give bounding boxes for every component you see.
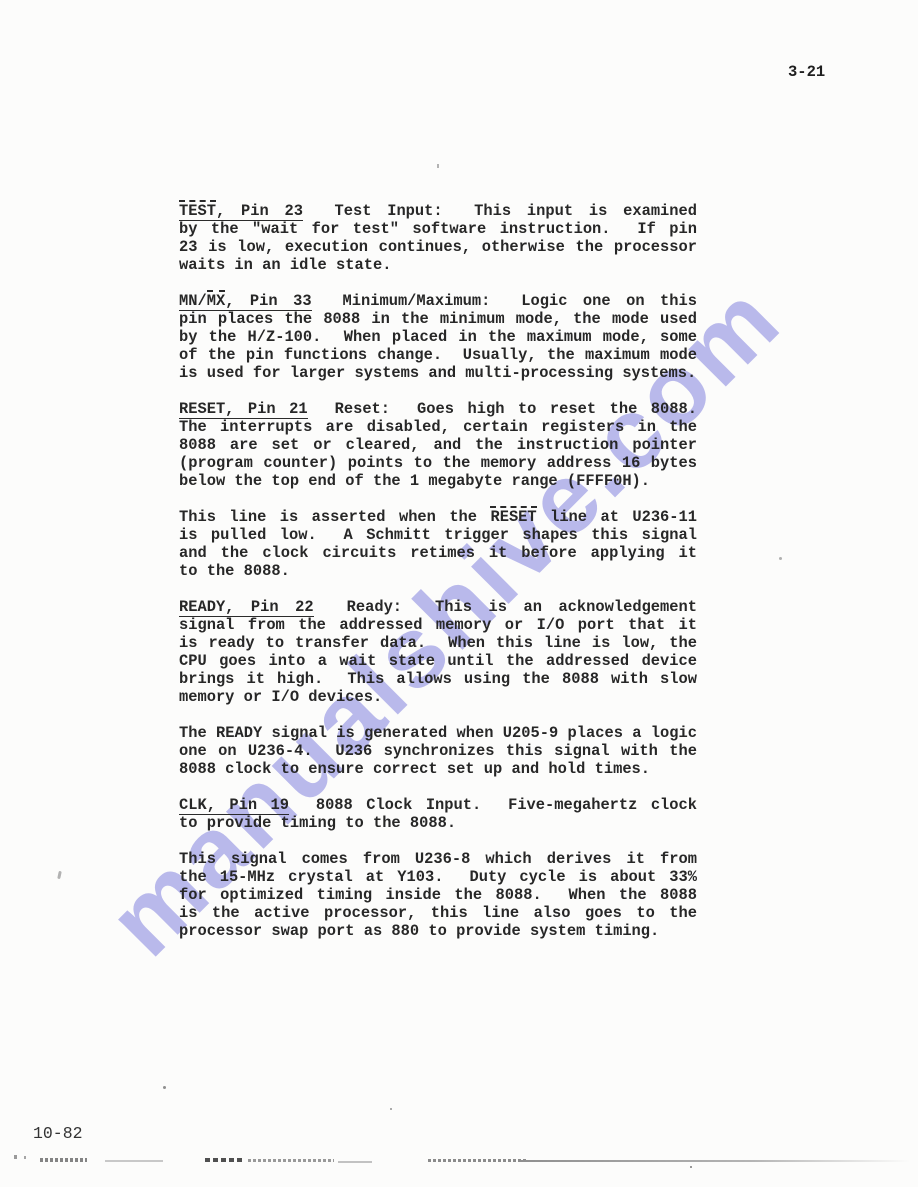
signal-name: , Pin 23 xyxy=(216,202,303,221)
text-line: CLK, Pin 19 8088 Clock Input. Five-megah… xyxy=(179,796,697,814)
scan-artifact xyxy=(690,1166,692,1168)
text-segment: The READY signal is generated when U205-… xyxy=(179,724,697,742)
text-segment: Ready: This is an acknowledgement xyxy=(314,598,697,616)
scan-artifact xyxy=(40,1158,87,1162)
text-segment: below the top end of the 1 megabyte rang… xyxy=(179,472,650,490)
text-line: processor swap port as 880 to provide sy… xyxy=(179,922,697,940)
scan-artifact xyxy=(390,1108,392,1110)
text-line: TEST, Pin 23 Test Input: This input is e… xyxy=(179,202,697,220)
text-segment: and the clock circuits retimes it before… xyxy=(179,544,697,562)
text-line: This signal comes from U236-8 which deri… xyxy=(179,850,697,868)
text-line: RESET, Pin 21 Reset: Goes high to reset … xyxy=(179,400,697,418)
paragraph: RESET, Pin 21 Reset: Goes high to reset … xyxy=(179,400,697,490)
text-line: pin places the 8088 in the minimum mode,… xyxy=(179,310,697,328)
text-line: below the top end of the 1 megabyte rang… xyxy=(179,472,697,490)
text-line: memory or I/O devices. xyxy=(179,688,697,706)
scan-artifact xyxy=(57,871,62,879)
text-line: This line is asserted when the RESET lin… xyxy=(179,508,697,526)
text-segment: The interrupts are disabled, certain reg… xyxy=(179,418,697,436)
paragraph: This line is asserted when the RESET lin… xyxy=(179,508,697,580)
paragraph: This signal comes from U236-8 which deri… xyxy=(179,850,697,940)
text-line: 23 is low, execution continues, otherwis… xyxy=(179,238,697,256)
text-line: brings it high. This allows using the 80… xyxy=(179,670,697,688)
text-line: 8088 clock to ensure correct set up and … xyxy=(179,760,697,778)
text-line: The READY signal is generated when U205-… xyxy=(179,724,697,742)
paragraph: CLK, Pin 19 8088 Clock Input. Five-megah… xyxy=(179,796,697,832)
scan-artifact xyxy=(437,164,439,168)
text-segment: by the "wait for test" software instruct… xyxy=(179,220,697,238)
scan-artifact xyxy=(520,1160,910,1162)
text-line: one on U236-4. U236 synchronizes this si… xyxy=(179,742,697,760)
text-line: 8088 are set or cleared, and the instruc… xyxy=(179,436,697,454)
text-segment: 23 is low, execution continues, otherwis… xyxy=(179,238,697,256)
text-line: by the H/Z-100. When placed in the maxim… xyxy=(179,328,697,346)
paragraph: READY, Pin 22 Ready: This is an acknowle… xyxy=(179,598,697,706)
text-line: to the 8088. xyxy=(179,562,697,580)
text-line: CPU goes into a wait state until the add… xyxy=(179,652,697,670)
text-segment: of the pin functions change. Usually, th… xyxy=(179,346,697,364)
text-line: waits in an idle state. xyxy=(179,256,697,274)
scan-artifact xyxy=(24,1156,26,1159)
scan-artifact xyxy=(779,557,782,560)
text-segment: for optimized timing inside the 8088. Wh… xyxy=(179,886,697,904)
text-segment: Reset: Goes high to reset the 8088. xyxy=(308,400,697,418)
signal-name: RESET xyxy=(490,506,536,526)
signal-name: TEST xyxy=(179,200,216,221)
text-segment: is the active processor, this line also … xyxy=(179,904,697,922)
text-segment: (program counter) points to the memory a… xyxy=(179,454,697,472)
text-segment: by the H/Z-100. When placed in the maxim… xyxy=(179,328,697,346)
text-line: MN/MX, Pin 33 Minimum/Maximum: Logic one… xyxy=(179,292,697,310)
page-number-bottom: 10-82 xyxy=(33,1124,83,1143)
text-segment: signal from the addressed memory or I/O … xyxy=(179,616,697,634)
text-segment: waits in an idle state. xyxy=(179,256,391,274)
scan-artifact xyxy=(105,1160,163,1162)
text-segment: memory or I/O devices. xyxy=(179,688,382,706)
paragraph: MN/MX, Pin 33 Minimum/Maximum: Logic one… xyxy=(179,292,697,382)
text-line: READY, Pin 22 Ready: This is an acknowle… xyxy=(179,598,697,616)
text-segment: This signal comes from U236-8 which deri… xyxy=(179,850,697,868)
text-segment: brings it high. This allows using the 80… xyxy=(179,670,697,688)
text-segment: This line is asserted when the xyxy=(179,508,490,526)
scan-artifact xyxy=(338,1161,372,1163)
text-line: is pulled low. A Schmitt trigger shapes … xyxy=(179,526,697,544)
text-segment: one on U236-4. U236 synchronizes this si… xyxy=(179,742,697,760)
scan-artifact xyxy=(14,1155,17,1159)
text-line: is ready to transfer data. When this lin… xyxy=(179,634,697,652)
text-segment: 8088 Clock Input. Five-megahertz clock xyxy=(289,796,697,814)
signal-name: RESET, Pin 21 xyxy=(179,400,308,419)
text-line: of the pin functions change. Usually, th… xyxy=(179,346,697,364)
text-line: is the active processor, this line also … xyxy=(179,904,697,922)
text-line: and the clock circuits retimes it before… xyxy=(179,544,697,562)
page-number-top: 3-21 xyxy=(788,63,825,81)
text-segment: line at U236-11 xyxy=(537,508,697,526)
text-segment: is used for larger systems and multi-pro… xyxy=(179,364,696,382)
text-segment: 8088 clock to ensure correct set up and … xyxy=(179,760,650,778)
text-segment: CPU goes into a wait state until the add… xyxy=(179,652,697,670)
manual-page: manualshive.com 3-21 TEST, Pin 23 Test I… xyxy=(0,0,918,1187)
text-segment: 8088 are set or cleared, and the instruc… xyxy=(179,436,697,454)
text-line: (program counter) points to the memory a… xyxy=(179,454,697,472)
paragraph: The READY signal is generated when U205-… xyxy=(179,724,697,778)
text-segment: processor swap port as 880 to provide sy… xyxy=(179,922,659,940)
text-line: for optimized timing inside the 8088. Wh… xyxy=(179,886,697,904)
text-segment: the 15-MHz crystal at Y103. Duty cycle i… xyxy=(179,868,697,886)
scan-artifact xyxy=(428,1159,528,1162)
signal-name: , Pin 33 xyxy=(225,292,311,311)
signal-name: MN/ xyxy=(179,292,207,311)
signal-name: CLK, Pin 19 xyxy=(179,796,289,815)
text-segment: pin places the 8088 in the minimum mode,… xyxy=(179,310,697,328)
text-line: The interrupts are disabled, certain reg… xyxy=(179,418,697,436)
text-segment: to provide timing to the 8088. xyxy=(179,814,456,832)
scan-artifact xyxy=(205,1158,245,1162)
text-line: by the "wait for test" software instruct… xyxy=(179,220,697,238)
text-line: the 15-MHz crystal at Y103. Duty cycle i… xyxy=(179,868,697,886)
document-body: TEST, Pin 23 Test Input: This input is e… xyxy=(179,202,697,958)
text-segment: is pulled low. A Schmitt trigger shapes … xyxy=(179,526,697,544)
text-segment: Minimum/Maximum: Logic one on this xyxy=(312,292,697,310)
scan-artifact xyxy=(163,1086,166,1089)
scan-artifact xyxy=(248,1159,334,1162)
text-line: signal from the addressed memory or I/O … xyxy=(179,616,697,634)
paragraph: TEST, Pin 23 Test Input: This input is e… xyxy=(179,202,697,274)
text-line: is used for larger systems and multi-pro… xyxy=(179,364,697,382)
signal-name: READY, Pin 22 xyxy=(179,598,314,617)
text-line: to provide timing to the 8088. xyxy=(179,814,697,832)
signal-name: MX xyxy=(207,290,225,311)
text-segment: Test Input: This input is examined xyxy=(303,202,697,220)
text-segment: is ready to transfer data. When this lin… xyxy=(179,634,697,652)
text-segment: to the 8088. xyxy=(179,562,290,580)
